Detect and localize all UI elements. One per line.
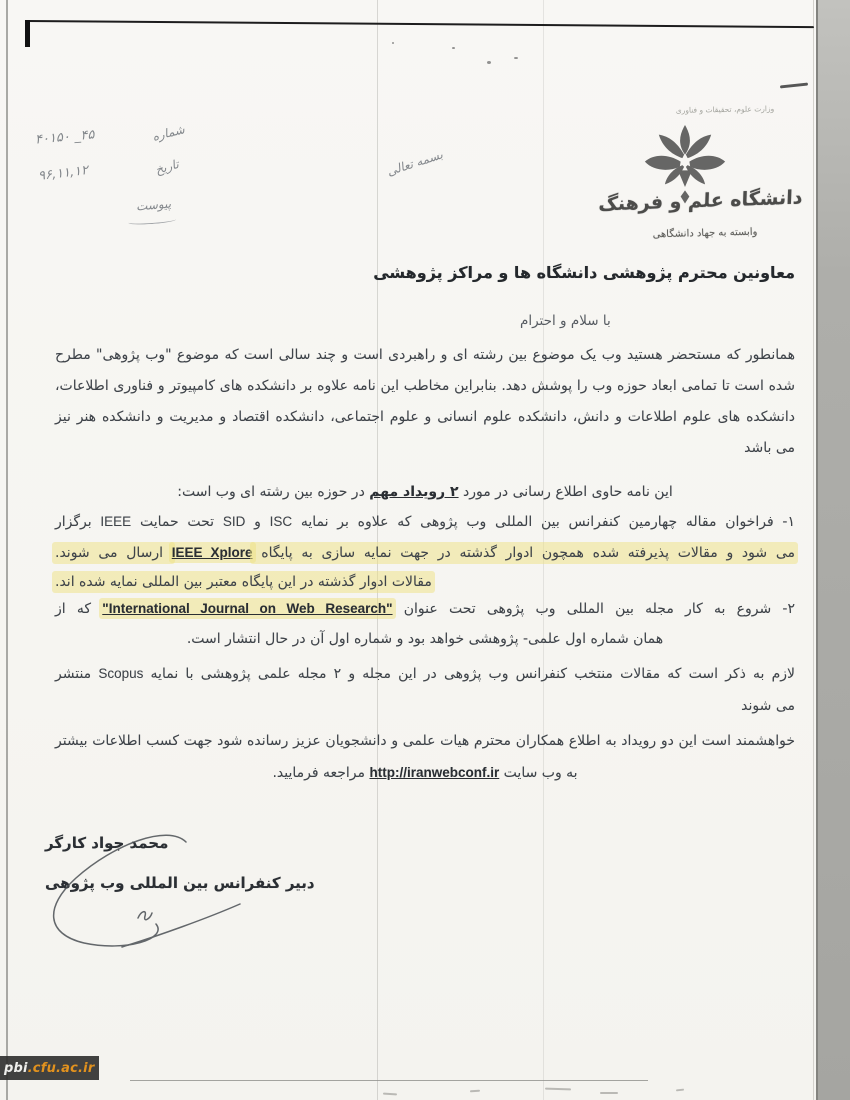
- ink-speck: [452, 47, 455, 49]
- site-watermark: pbi.cfu.ac.ir: [0, 1056, 99, 1080]
- ghost-mark: [383, 1093, 397, 1096]
- scanner-background-band: [816, 0, 850, 1100]
- bismillah-note: بسمه تعالی: [385, 147, 444, 178]
- signature-scribble-icon: [18, 818, 348, 972]
- university-name: دانشگاه علم و فرهنگ: [598, 186, 804, 215]
- body-line: خواهشمند است این دو رویداد به اطلاع همکا…: [55, 725, 795, 757]
- stray-pen-mark: [780, 83, 808, 89]
- university-affiliation: وابسته به جهاد دانشگاهی: [640, 226, 770, 240]
- event-item-2: ۲- شروع به کار مجله بین المللی وب پژوهی …: [55, 594, 795, 654]
- top-border-rule: [26, 20, 814, 28]
- handwritten-number-value: ۴۵_ ۴۰۱۵۰: [34, 127, 95, 147]
- handwritten-attachment-label: پیوست: [135, 197, 171, 214]
- body-line: دانشکده های علوم اطلاعات و دانش، دانشکده…: [55, 402, 795, 433]
- paragraph-intro-body: همانطور که مستحضر هستید وب یک موضوع بین …: [55, 340, 795, 464]
- paper-edge-line: [813, 0, 814, 1100]
- body-line: می باشد: [55, 433, 795, 464]
- paragraph-note: لازم به ذکر است که مقالات منتخب کنفرانس …: [55, 658, 795, 722]
- corner-bracket-mark: [25, 20, 30, 47]
- events-intro-line: این نامه حاوی اطلاع رسانی در مورد ۲ روید…: [55, 477, 795, 508]
- ministry-line: وزارت علوم، تحقیقات و فناوری: [640, 104, 810, 116]
- event-item-2-line-2: همان شماره اول علمی- پژوهشی خواهد بود و …: [55, 625, 795, 655]
- handwritten-attachment-underline: [128, 216, 176, 225]
- paragraph-request: خواهشمند است این دو رویداد به اطلاع همکا…: [55, 725, 795, 789]
- watermark-prefix: pbi: [4, 1061, 28, 1076]
- event-item-1-line-1: ۱- فراخوان مقاله چهارمین کنفرانس بین الم…: [55, 507, 795, 538]
- watermark-suffix: .cfu.ac.ir: [28, 1061, 95, 1076]
- body-line: این نامه حاوی اطلاع رسانی در مورد ۲ روید…: [55, 477, 795, 508]
- footer-rule: [130, 1080, 648, 1081]
- event-item-1-line-2: می شود و مقالات پذیرفته شده همچون ادوار …: [55, 538, 795, 569]
- body-line: شده است تا تمامی ابعاد حوزه وب را پوشش د…: [55, 371, 795, 402]
- handwritten-date-label: تاریخ: [154, 157, 181, 177]
- salutation: با سلام و احترام: [520, 313, 611, 329]
- ink-speck: [514, 57, 518, 59]
- event-item-1: ۱- فراخوان مقاله چهارمین کنفرانس بین الم…: [55, 507, 795, 598]
- ghost-mark: [545, 1088, 571, 1091]
- scanned-letter-page: وزارت علوم، تحقیقات و فناوری دانشگاه علم…: [0, 0, 850, 1100]
- body-line: همانطور که مستحضر هستید وب یک موضوع بین …: [55, 340, 795, 371]
- event-item-2-line-1: ۲- شروع به کار مجله بین المللی وب پژوهی …: [55, 594, 795, 625]
- body-line: لازم به ذکر است که مقالات منتخب کنفرانس …: [55, 658, 795, 690]
- ghost-mark: [676, 1089, 684, 1092]
- ink-speck: [392, 42, 394, 44]
- ghost-mark: [600, 1092, 618, 1094]
- ink-speck: [487, 61, 491, 64]
- left-edge-line: [6, 0, 8, 1100]
- handwritten-number-label: شماره: [151, 122, 186, 144]
- body-line: می شوند: [55, 690, 795, 722]
- handwritten-date-value: ۹۶,۱۱,۱۲: [37, 163, 89, 184]
- recipient-heading: معاونین محترم پژوهشی دانشگاه ها و مراکز …: [55, 263, 795, 282]
- ghost-mark: [470, 1090, 480, 1093]
- body-line: به وب سایت http://iranwebconf.ir مراجعه …: [55, 757, 795, 789]
